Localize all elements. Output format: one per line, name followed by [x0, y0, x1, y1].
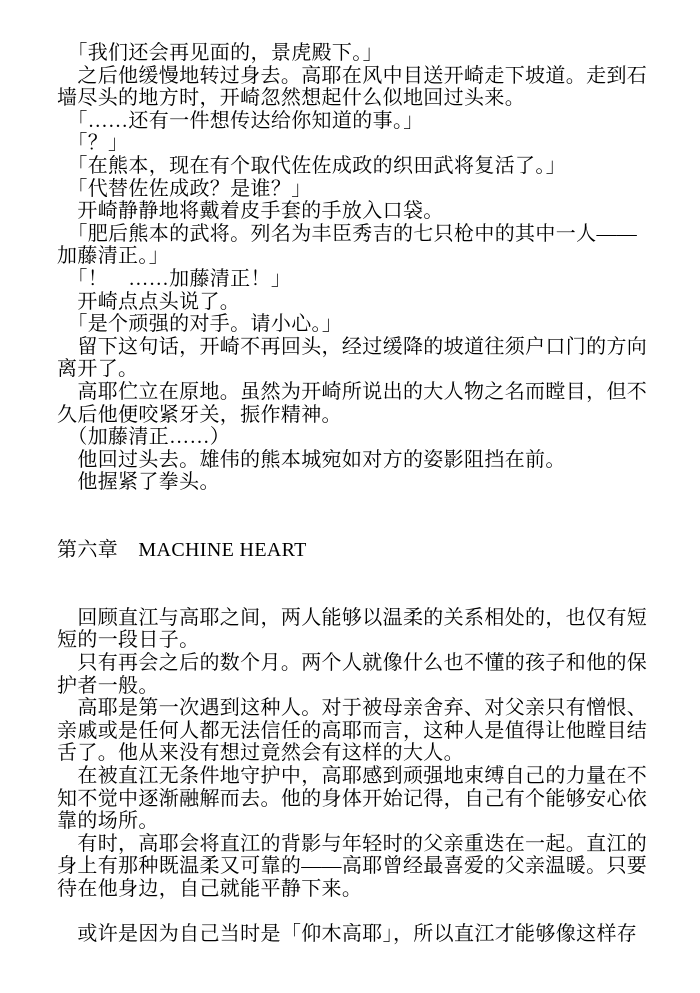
text-line: 「我们还会再见面的，景虎殿下。」: [57, 42, 670, 65]
text-line: （加藤清正……）: [57, 426, 670, 449]
text-line: 高耶是第一次遇到这种人。对于被母亲舍弃、对父亲只有憎恨、: [57, 697, 670, 720]
text-line: 墙尽头的地方时，开崎忽然想起什么似地回过头来。: [57, 87, 670, 110]
document-page: 「我们还会再见面的，景虎殿下。」 之后他缓慢地转过身去。高耶在风中目送开崎走下坡…: [0, 0, 700, 993]
text-line: 「在熊本，现在有个取代佐佐成政的织田武将复活了。」: [57, 155, 670, 178]
text-line: 离开了。: [57, 358, 670, 381]
text-line: 知不觉中逐渐融解而去。他的身体开始记得，自己有个能够安心依: [57, 788, 670, 811]
text-line: 留下这句话，开崎不再回头，经过缓降的坡道往须户口门的方向: [57, 336, 670, 359]
text-line: 靠的场所。: [57, 810, 670, 833]
section-chapter-opening: 回顾直江与高耶之间，两人能够以温柔的关系相处的，也仅有短 短的一段日子。 只有再…: [57, 607, 670, 901]
text-line: 回顾直江与高耶之间，两人能够以温柔的关系相处的，也仅有短: [57, 607, 670, 630]
text-line: 短的一段日子。: [57, 629, 670, 652]
text-line: 亲戚或是任何人都无法信任的高耶而言，这种人是值得让他瞠目结: [57, 720, 670, 743]
text-line: 久后他便咬紧牙关，振作精神。: [57, 404, 670, 427]
text-line: 开崎静静地将戴着皮手套的手放入口袋。: [57, 200, 670, 223]
text-line: 在被直江无条件地守护中，高耶感到顽强地束缚自己的力量在不: [57, 765, 670, 788]
text-line: 身上有那种既温柔又可靠的——高耶曾经最喜爱的父亲温暖。只要: [57, 855, 670, 878]
text-line: 舌了。他从来没有想过竟然会有这样的大人。: [57, 742, 670, 765]
text-line: 有时，高耶会将直江的背影与年轻时的父亲重迭在一起。直江的: [57, 833, 670, 856]
text-line: 加藤清正。」: [57, 245, 670, 268]
text-line: 「！ ……加藤清正！」: [57, 268, 670, 291]
text-line: 只有再会之后的数个月。两个人就像什么也不懂的孩子和他的保: [57, 652, 670, 675]
chapter-heading: 第六章 MACHINE HEART: [57, 539, 670, 562]
text-line: 「是个顽强的对手。请小心。」: [57, 313, 670, 336]
text-line: 护者一般。: [57, 675, 670, 698]
text-line: 开崎点点头说了。: [57, 291, 670, 314]
section-scene-ending: 「我们还会再见面的，景虎殿下。」 之后他缓慢地转过身去。高耶在风中目送开崎走下坡…: [57, 42, 670, 494]
text-line: 「……还有一件想传达给你知道的事。」: [57, 110, 670, 133]
text-line: 高耶伫立在原地。虽然为开崎所说出的大人物之名而瞠目，但不: [57, 381, 670, 404]
text-line: 或许是因为自己当时是「仰木高耶」，所以直江才能够像这样存: [57, 923, 670, 946]
section-reflection: 或许是因为自己当时是「仰木高耶」，所以直江才能够像这样存: [57, 923, 670, 946]
text-line: 他握紧了拳头。: [57, 471, 670, 494]
text-line: 「？」: [57, 132, 670, 155]
text-line: 「肥后熊本的武将。列名为丰臣秀吉的七只枪中的其中一人——: [57, 223, 670, 246]
text-line: 待在他身边，自己就能平静下来。: [57, 878, 670, 901]
text-line: 「代替佐佐成政？是谁？」: [57, 178, 670, 201]
text-line: 他回过头去。雄伟的熊本城宛如对方的姿影阻挡在前。: [57, 449, 670, 472]
text-line: 之后他缓慢地转过身去。高耶在风中目送开崎走下坡道。走到石: [57, 65, 670, 88]
